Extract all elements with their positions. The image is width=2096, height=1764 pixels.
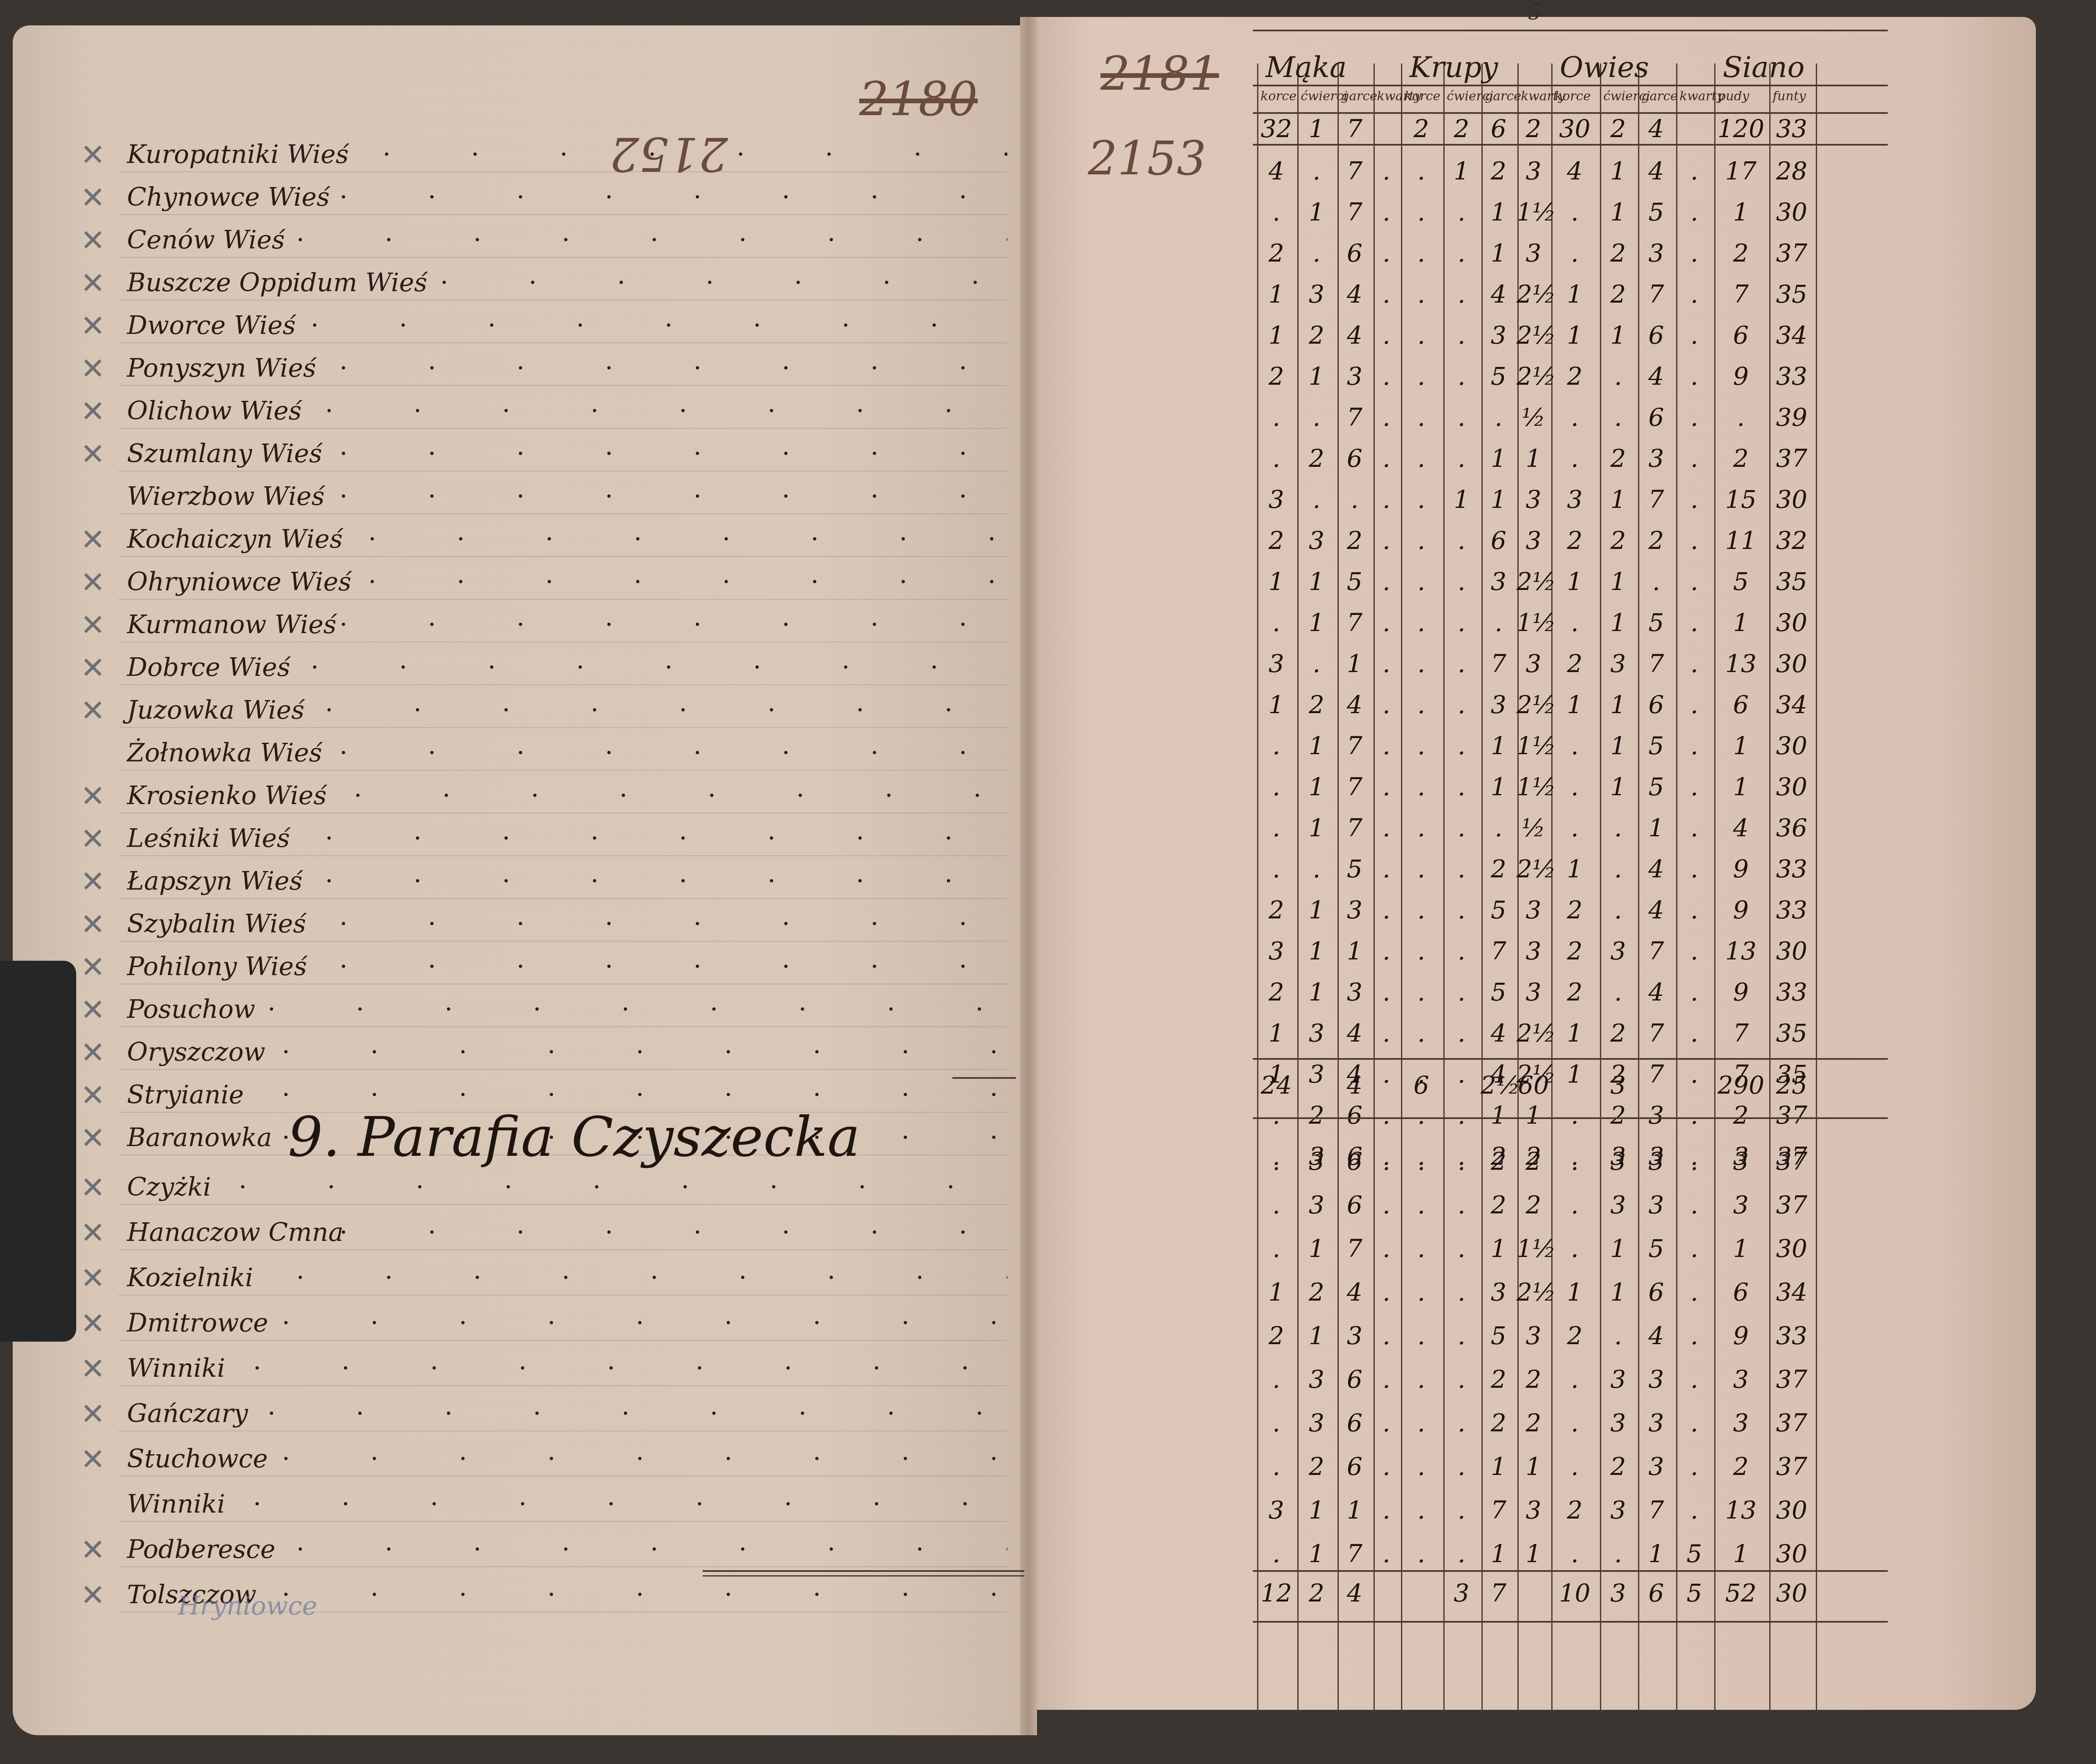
table-cell: . bbox=[1373, 1365, 1400, 1394]
table-cell: 7 bbox=[1337, 1539, 1373, 1568]
village-name: Baranowka bbox=[127, 1123, 272, 1152]
table-cell: 3 bbox=[1637, 239, 1675, 267]
table-cell: . bbox=[1481, 813, 1517, 842]
table-cell: . bbox=[1442, 772, 1481, 801]
subcolumn-header: garce bbox=[1641, 89, 1678, 104]
ruled-line bbox=[119, 941, 1007, 942]
table-cell: . bbox=[1400, 1452, 1442, 1481]
table-cell: 3 bbox=[1517, 937, 1550, 965]
table-cell: . bbox=[1296, 157, 1337, 185]
ruled-line bbox=[119, 1476, 1007, 1477]
table-cell: 1 bbox=[1517, 1452, 1550, 1481]
table-cell: 3 bbox=[1713, 1147, 1768, 1176]
table-cell: . bbox=[1400, 1539, 1442, 1568]
table-cell: 5 bbox=[1481, 362, 1517, 391]
table-cell: 1 bbox=[1256, 280, 1296, 309]
table-cell: 6 bbox=[1337, 1365, 1373, 1394]
table-cell: 2½ bbox=[1517, 321, 1550, 350]
table-cell: 6 bbox=[1713, 690, 1768, 719]
table-cell: 52 bbox=[1713, 1579, 1768, 1607]
pencil-check-icon: ✕ bbox=[80, 1351, 105, 1386]
ruled-line bbox=[119, 556, 1007, 557]
table-cell: 1 bbox=[1599, 1234, 1637, 1263]
table-cell: . bbox=[1256, 813, 1296, 842]
table-cell: 1 bbox=[1550, 1060, 1599, 1089]
pencil-check-icon: ✕ bbox=[80, 1306, 105, 1341]
table-cell: 2 bbox=[1296, 1101, 1337, 1130]
table-cell: 6 bbox=[1337, 1408, 1373, 1437]
table-cell: . bbox=[1373, 239, 1400, 267]
ruled-line bbox=[119, 684, 1007, 685]
table-cell: 7 bbox=[1337, 198, 1373, 226]
table-cell: . bbox=[1599, 896, 1637, 924]
table-cell: 1 bbox=[1256, 321, 1296, 350]
table-cell: . bbox=[1400, 280, 1442, 309]
column-group-header: Krupy bbox=[1409, 51, 1498, 84]
table-cell: 5 bbox=[1481, 896, 1517, 924]
table-cell: . bbox=[1373, 1019, 1400, 1047]
ruled-line bbox=[119, 898, 1007, 899]
ink-rule bbox=[703, 1575, 1024, 1577]
ruled-line bbox=[119, 1026, 1007, 1027]
table-cell: 1 bbox=[1517, 1101, 1550, 1130]
table-cell: . bbox=[1337, 485, 1373, 514]
ruled-line bbox=[119, 385, 1007, 386]
table-cell: . bbox=[1675, 567, 1713, 596]
table-cell: 2 bbox=[1713, 1452, 1768, 1481]
table-cell: . bbox=[1675, 321, 1713, 350]
table-cell: 2 bbox=[1550, 1496, 1599, 1524]
table-cell: . bbox=[1400, 444, 1442, 473]
table-cell: 1 bbox=[1637, 1539, 1675, 1568]
table-cell: 4 bbox=[1637, 362, 1675, 391]
table-cell: 2 bbox=[1550, 1321, 1599, 1350]
table-cell: . bbox=[1550, 1452, 1599, 1481]
village-name: Kuropatniki Wieś bbox=[127, 140, 349, 169]
table-cell: 3 bbox=[1637, 444, 1675, 473]
table-cell: 7 bbox=[1637, 649, 1675, 678]
table-rule bbox=[1253, 112, 1888, 114]
table-rule bbox=[1253, 30, 1888, 31]
table-cell: . bbox=[1675, 896, 1713, 924]
table-cell: 30 bbox=[1768, 937, 1815, 965]
table-cell: 1 bbox=[1599, 772, 1637, 801]
table-cell: 37 bbox=[1768, 1452, 1815, 1481]
village-name: Buszcze Oppidum Wieś bbox=[127, 268, 427, 298]
table-cell: . bbox=[1373, 813, 1400, 842]
table-cell: 1 bbox=[1296, 731, 1337, 760]
pencil-check-icon: ✕ bbox=[80, 950, 105, 984]
table-cell: 13 bbox=[1713, 937, 1768, 965]
table-cell: 5 bbox=[1675, 1539, 1713, 1568]
table-cell: 3 bbox=[1517, 239, 1550, 267]
table-cell: 3 bbox=[1296, 280, 1337, 309]
dot-leader: ·········· bbox=[339, 482, 1007, 511]
table-cell: 1 bbox=[1296, 114, 1337, 143]
dot-leader: ·········· bbox=[325, 824, 1007, 853]
table-cell: 6 bbox=[1337, 1147, 1373, 1176]
table-cell: 1½ bbox=[1517, 1234, 1550, 1263]
table-cell: 5 bbox=[1637, 198, 1675, 226]
dot-leader: ·········· bbox=[339, 1218, 1007, 1247]
table-cell: . bbox=[1373, 362, 1400, 391]
subcolumn-header: pudy bbox=[1718, 89, 1749, 104]
table-cell: 7 bbox=[1337, 1234, 1373, 1263]
table-cell: . bbox=[1256, 854, 1296, 883]
table-cell: 2 bbox=[1296, 1452, 1337, 1481]
dot-leader: ·········· bbox=[282, 1444, 1007, 1474]
table-cell: . bbox=[1373, 937, 1400, 965]
table-cell: . bbox=[1550, 1234, 1599, 1263]
table-cell: . bbox=[1442, 1147, 1481, 1176]
table-cell: 2 bbox=[1713, 1101, 1768, 1130]
village-name: Pohilony Wieś bbox=[127, 952, 307, 981]
table-cell: . bbox=[1442, 813, 1481, 842]
table-cell: . bbox=[1400, 854, 1442, 883]
table-cell: . bbox=[1442, 1101, 1481, 1130]
table-cell: 2½ bbox=[1517, 362, 1550, 391]
table-cell: 3 bbox=[1442, 1579, 1481, 1607]
table-cell: . bbox=[1675, 1060, 1713, 1089]
pencil-check-icon: ✕ bbox=[80, 608, 105, 642]
table-cell: 6 bbox=[1637, 321, 1675, 350]
table-cell: . bbox=[1442, 1539, 1481, 1568]
table-cell: 3 bbox=[1599, 1496, 1637, 1524]
table-cell: . bbox=[1675, 1101, 1713, 1130]
dot-leader: ·········· bbox=[339, 738, 1007, 768]
table-cell: . bbox=[1373, 157, 1400, 185]
table-cell: 4 bbox=[1637, 896, 1675, 924]
table-cell: 1 bbox=[1481, 1452, 1517, 1481]
ruled-line bbox=[119, 642, 1007, 642]
table-cell: 2 bbox=[1599, 444, 1637, 473]
table-cell: 1 bbox=[1481, 444, 1517, 473]
table-cell: . bbox=[1256, 1539, 1296, 1568]
table-cell: 3 bbox=[1517, 896, 1550, 924]
table-cell: 4 bbox=[1337, 1019, 1373, 1047]
table-cell: 11 bbox=[1713, 526, 1768, 555]
table-cell: . bbox=[1256, 608, 1296, 637]
table-cell: 4 bbox=[1713, 813, 1768, 842]
table-cell: 7 bbox=[1481, 649, 1517, 678]
table-cell: . bbox=[1373, 444, 1400, 473]
table-cell: . bbox=[1442, 444, 1481, 473]
table-cell: 30 bbox=[1768, 608, 1815, 637]
table-cell: . bbox=[1400, 198, 1442, 226]
table-cell: . bbox=[1256, 1234, 1296, 1263]
table-cell: 4 bbox=[1337, 690, 1373, 719]
table-cell: 3 bbox=[1337, 978, 1373, 1006]
table-cell: 4 bbox=[1481, 280, 1517, 309]
table-cell: . bbox=[1256, 1365, 1296, 1394]
table-cell: 17 bbox=[1713, 157, 1768, 185]
table-cell: . bbox=[1713, 403, 1768, 432]
table-cell: . bbox=[1373, 608, 1400, 637]
table-cell: . bbox=[1373, 896, 1400, 924]
pencil-check-icon: ✕ bbox=[80, 351, 105, 386]
pencil-check-icon: ✕ bbox=[80, 992, 105, 1027]
table-cell: 1 bbox=[1637, 813, 1675, 842]
village-name: Juzowka Wieś bbox=[127, 695, 304, 725]
table-cell: 2 bbox=[1599, 280, 1637, 309]
table-rule bbox=[1253, 1570, 1888, 1572]
dot-leader: ·········· bbox=[239, 1172, 1007, 1202]
table-cell: 2 bbox=[1296, 321, 1337, 350]
dot-leader: ·········· bbox=[339, 182, 1007, 212]
table-cell: 10 bbox=[1550, 1579, 1599, 1607]
table-cell: 1 bbox=[1296, 1321, 1337, 1350]
table-cell: . bbox=[1256, 1101, 1296, 1130]
table-cell: 1 bbox=[1442, 157, 1481, 185]
ruled-line bbox=[119, 1204, 1007, 1205]
table-cell: 1 bbox=[1296, 896, 1337, 924]
table-cell: . bbox=[1442, 1234, 1481, 1263]
ruled-line bbox=[119, 984, 1007, 984]
village-name: Kozielniki bbox=[127, 1263, 253, 1293]
dot-leader: ·········· bbox=[339, 610, 1007, 639]
table-cell: 2 bbox=[1550, 526, 1599, 555]
table-cell: 15 bbox=[1713, 485, 1768, 514]
table-cell: . bbox=[1675, 485, 1713, 514]
table-cell: 2 bbox=[1256, 896, 1296, 924]
ruled-line bbox=[119, 1430, 1007, 1431]
table-cell: 33 bbox=[1768, 978, 1815, 1006]
table-cell: 4 bbox=[1337, 321, 1373, 350]
table-cell: 3 bbox=[1296, 1365, 1337, 1394]
table-cell: . bbox=[1442, 1278, 1481, 1306]
table-cell: 2½ bbox=[1517, 854, 1550, 883]
table-cell: . bbox=[1675, 813, 1713, 842]
village-name: Szumlany Wieś bbox=[127, 439, 322, 469]
table-cell: 1 bbox=[1599, 690, 1637, 719]
pencil-check-icon: ✕ bbox=[80, 864, 105, 899]
table-cell: 2½ bbox=[1517, 1278, 1550, 1306]
dot-leader: ·········· bbox=[282, 1037, 1007, 1067]
column-group-header: Owies bbox=[1560, 51, 1649, 84]
table-cell: 30 bbox=[1768, 1234, 1815, 1263]
table-cell: . bbox=[1599, 1321, 1637, 1350]
table-cell: 1 bbox=[1481, 239, 1517, 267]
table-cell: 2 bbox=[1256, 978, 1296, 1006]
subcolumn-header: korce bbox=[1260, 89, 1296, 104]
table-cell: 2 bbox=[1337, 526, 1373, 555]
subcolumn-header: garce bbox=[1341, 89, 1377, 104]
table-rule bbox=[1253, 1621, 1888, 1623]
table-cell: ½ bbox=[1517, 403, 1550, 432]
table-cell: . bbox=[1400, 526, 1442, 555]
table-cell: . bbox=[1400, 1278, 1442, 1306]
table-cell: . bbox=[1550, 1191, 1599, 1219]
table-cell: . bbox=[1373, 854, 1400, 883]
table-cell: 2 bbox=[1517, 1408, 1550, 1437]
table-cell: . bbox=[1675, 978, 1713, 1006]
table-cell: 6 bbox=[1637, 690, 1675, 719]
village-name: Podberesce bbox=[127, 1535, 275, 1564]
pencil-check-icon: ✕ bbox=[80, 1121, 105, 1155]
table-cell: ½ bbox=[1517, 813, 1550, 842]
ruled-line bbox=[119, 257, 1007, 258]
table-cell: . bbox=[1675, 1278, 1713, 1306]
table-cell: 3 bbox=[1296, 1191, 1337, 1219]
table-cell: . bbox=[1550, 403, 1599, 432]
subcolumn-header: garce bbox=[1485, 89, 1521, 104]
table-cell: 1 bbox=[1599, 198, 1637, 226]
table-cell: 3 bbox=[1256, 937, 1296, 965]
table-cell: . bbox=[1675, 649, 1713, 678]
table-cell: . bbox=[1256, 731, 1296, 760]
table-cell: 2 bbox=[1256, 1321, 1296, 1350]
dot-leader: ·········· bbox=[311, 653, 1007, 682]
table-cell: . bbox=[1400, 1496, 1442, 1524]
table-cell: . bbox=[1400, 567, 1442, 596]
table-cell: 3 bbox=[1517, 1496, 1550, 1524]
table-cell: 5 bbox=[1637, 1234, 1675, 1263]
table-cell: 7 bbox=[1337, 772, 1373, 801]
table-cell: . bbox=[1442, 978, 1481, 1006]
table-cell: . bbox=[1373, 690, 1400, 719]
table-cell: . bbox=[1442, 1191, 1481, 1219]
table-cell: 34 bbox=[1768, 690, 1815, 719]
table-cell: . bbox=[1400, 1234, 1442, 1263]
table-cell: 2 bbox=[1550, 649, 1599, 678]
table-rule bbox=[1253, 1058, 1888, 1060]
table-cell: 7 bbox=[1337, 114, 1373, 143]
table-cell: 37 bbox=[1768, 1408, 1815, 1437]
table-cell: 7 bbox=[1337, 403, 1373, 432]
table-cell: 1 bbox=[1296, 362, 1337, 391]
table-cell: . bbox=[1296, 403, 1337, 432]
table-cell: 1 bbox=[1481, 1101, 1517, 1130]
table-cell: 2 bbox=[1550, 896, 1599, 924]
table-cell: 1 bbox=[1481, 1539, 1517, 1568]
table-cell: . bbox=[1442, 854, 1481, 883]
table-cell: . bbox=[1400, 690, 1442, 719]
table-cell: 1 bbox=[1337, 937, 1373, 965]
table-cell: 1 bbox=[1481, 772, 1517, 801]
table-cell: . bbox=[1550, 239, 1599, 267]
table-cell: . bbox=[1550, 198, 1599, 226]
table-cell: . bbox=[1373, 1101, 1400, 1130]
top-mark: 5 bbox=[1528, 0, 1542, 25]
table-cell: 30 bbox=[1550, 114, 1599, 143]
table-cell: . bbox=[1373, 1191, 1400, 1219]
table-cell: 37 bbox=[1768, 1147, 1815, 1176]
table-cell: 36 bbox=[1768, 813, 1815, 842]
dot-leader: ·········· bbox=[368, 567, 1007, 597]
table-cell: 1 bbox=[1550, 567, 1599, 596]
table-cell: 3 bbox=[1256, 485, 1296, 514]
table-cell: 3 bbox=[1256, 1496, 1296, 1524]
folio-number-struck-left: 2180 bbox=[859, 72, 978, 126]
village-name: Dworce Wieś bbox=[127, 311, 296, 340]
table-cell: 3 bbox=[1599, 1147, 1637, 1176]
table-cell: . bbox=[1256, 198, 1296, 226]
table-cell: 3 bbox=[1599, 649, 1637, 678]
pencil-check-icon: ✕ bbox=[80, 693, 105, 728]
table-cell: 39 bbox=[1768, 403, 1815, 432]
table-cell: . bbox=[1400, 403, 1442, 432]
table-cell: 5 bbox=[1675, 1579, 1713, 1607]
folio-number-struck-right: 2181 bbox=[1100, 47, 1219, 101]
table-cell: . bbox=[1400, 1101, 1442, 1130]
village-name: Dobrce Wieś bbox=[127, 653, 290, 682]
table-cell: . bbox=[1373, 526, 1400, 555]
table-cell: 4 bbox=[1337, 1278, 1373, 1306]
pencil-check-icon: ✕ bbox=[80, 180, 105, 215]
table-cell: 2 bbox=[1599, 239, 1637, 267]
table-rule bbox=[1253, 85, 1888, 86]
table-cell: 6 bbox=[1637, 1278, 1675, 1306]
table-cell: . bbox=[1442, 1060, 1481, 1089]
table-cell: 5 bbox=[1481, 978, 1517, 1006]
table-cell: . bbox=[1400, 239, 1442, 267]
pencil-check-icon: ✕ bbox=[80, 1261, 105, 1295]
village-name: Stuchowce bbox=[127, 1444, 268, 1474]
table-cell: . bbox=[1373, 1452, 1400, 1481]
table-cell: . bbox=[1373, 1408, 1400, 1437]
table-cell: 4 bbox=[1337, 280, 1373, 309]
village-name: Kochaiczyn Wieś bbox=[127, 524, 342, 554]
table-cell: . bbox=[1373, 1496, 1400, 1524]
table-cell: 9 bbox=[1713, 978, 1768, 1006]
table-cell: . bbox=[1373, 772, 1400, 801]
table-cell: 60 bbox=[1517, 1071, 1550, 1100]
table-cell: 2 bbox=[1599, 526, 1637, 555]
table-cell: 2 bbox=[1713, 239, 1768, 267]
table-cell: 9 bbox=[1713, 896, 1768, 924]
table-cell: . bbox=[1400, 978, 1442, 1006]
table-cell: 2 bbox=[1481, 1365, 1517, 1394]
table-cell: 4 bbox=[1256, 157, 1296, 185]
pencil-check-icon: ✕ bbox=[80, 1397, 105, 1431]
dot-leader: ·········· bbox=[339, 909, 1007, 939]
table-cell: 4 bbox=[1337, 1579, 1373, 1607]
village-name: Czyżki bbox=[127, 1172, 211, 1202]
table-cell: . bbox=[1373, 1234, 1400, 1263]
table-cell: . bbox=[1675, 1496, 1713, 1524]
table-cell: 6 bbox=[1481, 526, 1517, 555]
village-name: Posuchow bbox=[127, 995, 255, 1024]
table-cell: 1 bbox=[1296, 772, 1337, 801]
table-cell: . bbox=[1400, 813, 1442, 842]
dot-leader: ·········· bbox=[368, 524, 1007, 554]
table-cell: . bbox=[1373, 198, 1400, 226]
ruled-line bbox=[119, 428, 1007, 429]
dot-leader: ·········· bbox=[268, 995, 1007, 1024]
table-cell: 1 bbox=[1517, 1539, 1550, 1568]
ink-rule bbox=[703, 1570, 1024, 1572]
table-cell: . bbox=[1373, 1321, 1400, 1350]
table-cell: 2 bbox=[1256, 526, 1296, 555]
pencil-check-icon: ✕ bbox=[80, 138, 105, 172]
table-cell: . bbox=[1442, 937, 1481, 965]
table-cell: 30 bbox=[1768, 772, 1815, 801]
dot-leader: ·········· bbox=[339, 952, 1007, 981]
table-cell: . bbox=[1675, 937, 1713, 965]
ruled-line bbox=[119, 1521, 1007, 1522]
table-cell: . bbox=[1599, 854, 1637, 883]
table-cell: 30 bbox=[1768, 485, 1815, 514]
table-cell: 37 bbox=[1768, 1191, 1815, 1219]
dot-leader: ·········· bbox=[311, 311, 1007, 340]
table-cell: . bbox=[1400, 1147, 1442, 1176]
table-cell: . bbox=[1481, 608, 1517, 637]
manuscript-spread: 2180 2152 2181 2153 5 ✕Kuropatniki Wieś·… bbox=[0, 0, 2096, 1764]
ruled-line bbox=[119, 770, 1007, 771]
dot-leader: ·········· bbox=[253, 1489, 1007, 1519]
table-cell: . bbox=[1550, 444, 1599, 473]
village-name: Cenów Wieś bbox=[127, 225, 285, 255]
